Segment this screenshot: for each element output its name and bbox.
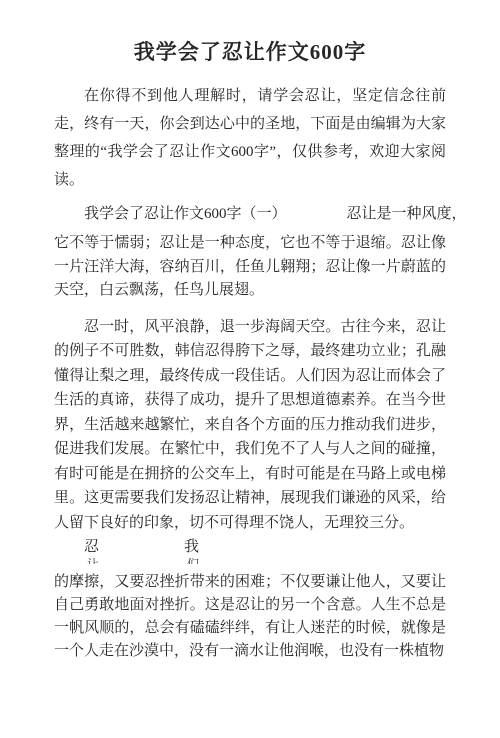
clipped-subfragment-right: 们 [187, 558, 199, 564]
paragraph-two: 忍一时，风平浪静，退一步海阔天空。古往今来，忍让的例子不可胜数，韩信忍得胯下之辱… [54, 315, 446, 536]
clipped-text-artifact-line: 忍 我 让 们 [54, 537, 446, 571]
clipped-subfragment-left: 让 [87, 558, 99, 564]
section-one-opening: 忍让是一种风度， [347, 206, 467, 222]
page-title: 我学会了忍让作文600字 [54, 38, 446, 66]
clipped-fragment-right: 我 [184, 539, 199, 555]
clipped-fragment-left: 忍 [84, 539, 99, 555]
intro-paragraph: 在你得不到他人理解时，请学会忍让，坚定信念往前走，终有一天，你会到达心中的圣地，… [54, 82, 446, 194]
section-one-heading: 我学会了忍让作文600字（一） [84, 206, 287, 222]
document-page: 我学会了忍让作文600字 在你得不到他人理解时，请学会忍让，坚定信念往前走，终有… [0, 0, 500, 738]
section-one-body: 它不等于懦弱；忍让是一种态度，它也不等于退缩。忍让像一片汪洋大海，容纳百川，任鱼… [54, 232, 446, 303]
section-one-heading-line: 我学会了忍让作文600字（一）忍让是一种风度， [54, 202, 446, 226]
paragraph-three: 的摩擦，又要忍挫折带来的困难；不仅要谦让他人，又要让自己勇敢地面对挫折。这是忍让… [54, 571, 446, 663]
